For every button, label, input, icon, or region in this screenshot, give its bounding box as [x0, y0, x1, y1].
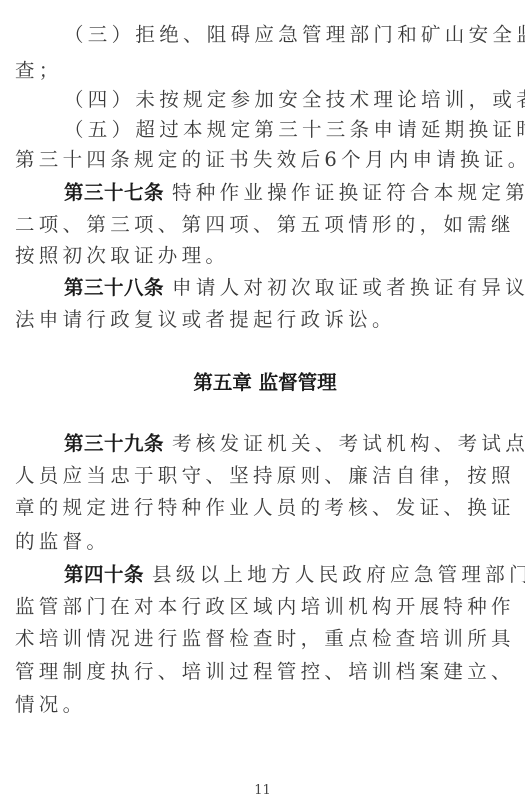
article-37-line-2: 二项、第三项、第四项、第五项情形的，如需继续从事特种作业， [15, 213, 515, 237]
article-39-line-2: 人员应当忠于职守、坚持原则、廉洁自律，按照法律、法规、规 [15, 464, 515, 488]
item-5-line-2: 第三十四条规定的证书失效后6个月内申请换证。 [15, 148, 515, 172]
article-40-line-2: 监管部门在对本行政区域内培训机构开展特种作业人员安全技 [15, 595, 515, 619]
item-3-line-2: 查； [15, 59, 515, 83]
article-37-text: 特种作业操作证换证符合本规定第三十六条第 [172, 181, 525, 204]
article-38-heading: 第三十八条 [64, 276, 164, 299]
article-40-line-3: 术培训情况进行监督检查时，重点检查培训所具备的条件、培训 [15, 627, 515, 651]
item-4-line: （四）未按规定参加安全技术理论培训，或者考试不合格； [15, 88, 525, 112]
article-40-heading: 第四十条 [64, 563, 144, 586]
article-39-text: 考核发证机关、考试机构、考试点的有关工作 [172, 432, 525, 455]
article-40-line-1: 第四十条县级以上地方人民政府应急管理部门和矿山安全 [15, 563, 525, 587]
article-39-line-4: 的监督。 [15, 530, 515, 554]
article-37-line-1: 第三十七条特种作业操作证换证符合本规定第三十六条第 [15, 181, 525, 205]
item-3-line-1: （三）拒绝、阻碍应急管理部门和矿山安全监管部门监督检 [15, 23, 525, 47]
item-5-line-1: （五）超过本规定第三十三条申请延期换证时限，或者未在 [15, 118, 525, 142]
article-40-line-5: 情况。 [15, 693, 515, 717]
article-37-heading: 第三十七条 [64, 181, 164, 204]
article-38-line-2: 法申请行政复议或者提起行政诉讼。 [15, 308, 515, 332]
article-40-text: 县级以上地方人民政府应急管理部门和矿山安全 [152, 563, 525, 586]
article-38-text: 申请人对初次取证或者换证有异议的，可以依 [172, 276, 525, 299]
article-39-line-3: 章的规定进行特种作业人员的考核、发证、换证工作，接受社会 [15, 496, 515, 520]
article-39-line-1: 第三十九条考核发证机关、考试机构、考试点的有关工作 [15, 432, 525, 456]
article-39-heading: 第三十九条 [64, 432, 164, 455]
page-number: 11 [0, 783, 525, 798]
article-38-line-1: 第三十八条申请人对初次取证或者换证有异议的，可以依 [15, 276, 525, 300]
chapter-title: 第五章 监督管理 [15, 371, 515, 395]
article-40-line-4: 管理制度执行、培训过程管控、培训档案建立、培训质量评估等 [15, 660, 515, 684]
article-37-line-3: 按照初次取证办理。 [15, 244, 515, 268]
